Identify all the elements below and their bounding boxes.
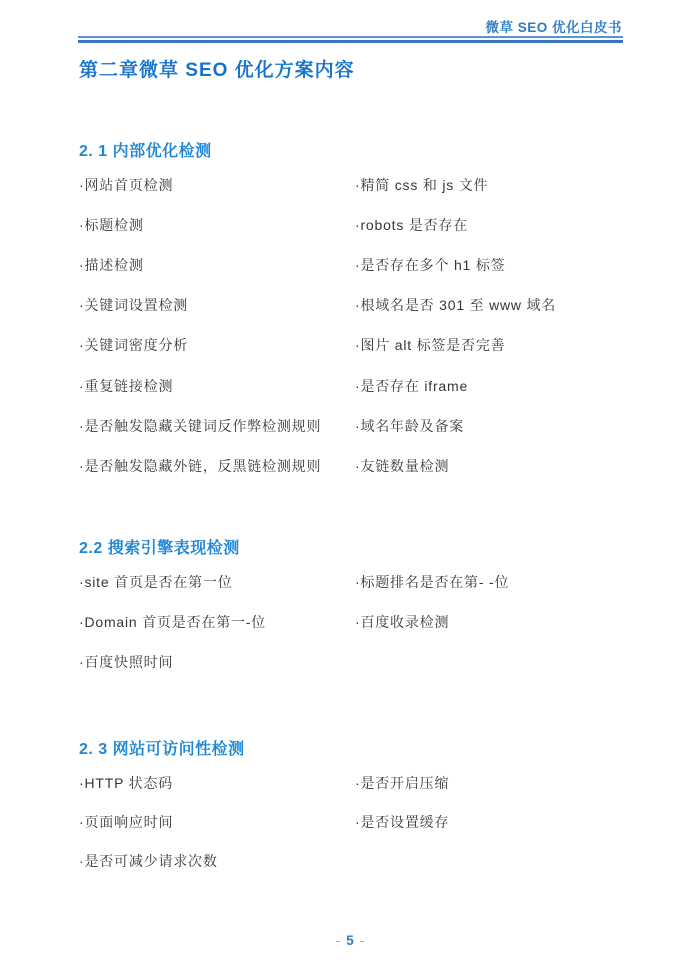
section-heading-2-1: 2. 1 内部优化检测 (79, 138, 212, 161)
footer-dash-left: - (330, 933, 347, 948)
header-rule-thick-line (78, 40, 623, 43)
list-item: ·HTTP 状态码 (79, 763, 355, 802)
list-item: ·是否设置缓存 (355, 802, 624, 841)
section-2-3-items: ·HTTP 状态码 ·是否开启压缩 ·页面响应时间 ·是否设置缓存 ·是否可减少… (79, 763, 624, 880)
section-2-2-items: ·site 首页是否在第一位 ·标题排名是否在第- -位 ·Domain 首页是… (79, 562, 624, 682)
list-item: ·robots 是否存在 (355, 205, 624, 245)
list-item: ·Domain 首页是否在第一-位 (79, 602, 355, 642)
page-footer: -5- (0, 933, 700, 948)
list-item: ·是否存在 iframe (355, 365, 624, 405)
list-item: ·site 首页是否在第一位 (79, 562, 355, 602)
section-2-1-items: ·网站首页检测 ·精简 css 和 js 文件 ·标题检测 ·robots 是否… (79, 165, 624, 486)
section-heading-2-3: 2. 3 网站可访问性检测 (79, 736, 245, 759)
list-item: ·域名年龄及备案 (355, 406, 624, 446)
list-item: ·图片 alt 标签是否完善 (355, 325, 624, 365)
list-item: ·是否开启压缩 (355, 763, 624, 802)
list-item: ·百度收录检测 (355, 602, 624, 642)
list-item: ·百度快照时间 (79, 642, 355, 682)
list-item: ·是否可减少请求次数 (79, 841, 355, 880)
header-rule (78, 36, 623, 43)
list-item: ·重复链接检测 (79, 365, 355, 405)
document-page: 微草 SEO 优化白皮书 第二章微草 SEO 优化方案内容 2. 1 内部优化检… (0, 0, 700, 970)
footer-dash-right: - (354, 933, 371, 948)
list-item (355, 841, 624, 880)
list-item: ·关键词密度分析 (79, 325, 355, 365)
chapter-title: 第二章微草 SEO 优化方案内容 (79, 55, 355, 82)
list-item: ·标题排名是否在第- -位 (355, 562, 624, 602)
list-item: ·是否触发隐藏关键词反作弊检测规则 (79, 406, 355, 446)
list-item: ·根域名是否 301 至 www 域名 (355, 285, 624, 325)
list-item: ·友链数量检测 (355, 446, 624, 486)
list-item (355, 642, 624, 682)
list-item: ·是否触发隐藏外链，反黑链检测规则 (79, 446, 355, 486)
list-item: ·页面响应时间 (79, 802, 355, 841)
header-title: 微草 SEO 优化白皮书 (485, 16, 622, 36)
page-number: 5 (346, 933, 354, 948)
list-item: ·网站首页检测 (79, 165, 355, 205)
list-item: ·是否存在多个 h1 标签 (355, 245, 624, 285)
list-item: ·标题检测 (79, 205, 355, 245)
list-item: ·关键词设置检测 (79, 285, 355, 325)
list-item: ·精简 css 和 js 文件 (355, 165, 624, 205)
list-item: ·描述检测 (79, 245, 355, 285)
section-heading-2-2: 2.2 搜索引擎表现检测 (79, 535, 240, 558)
